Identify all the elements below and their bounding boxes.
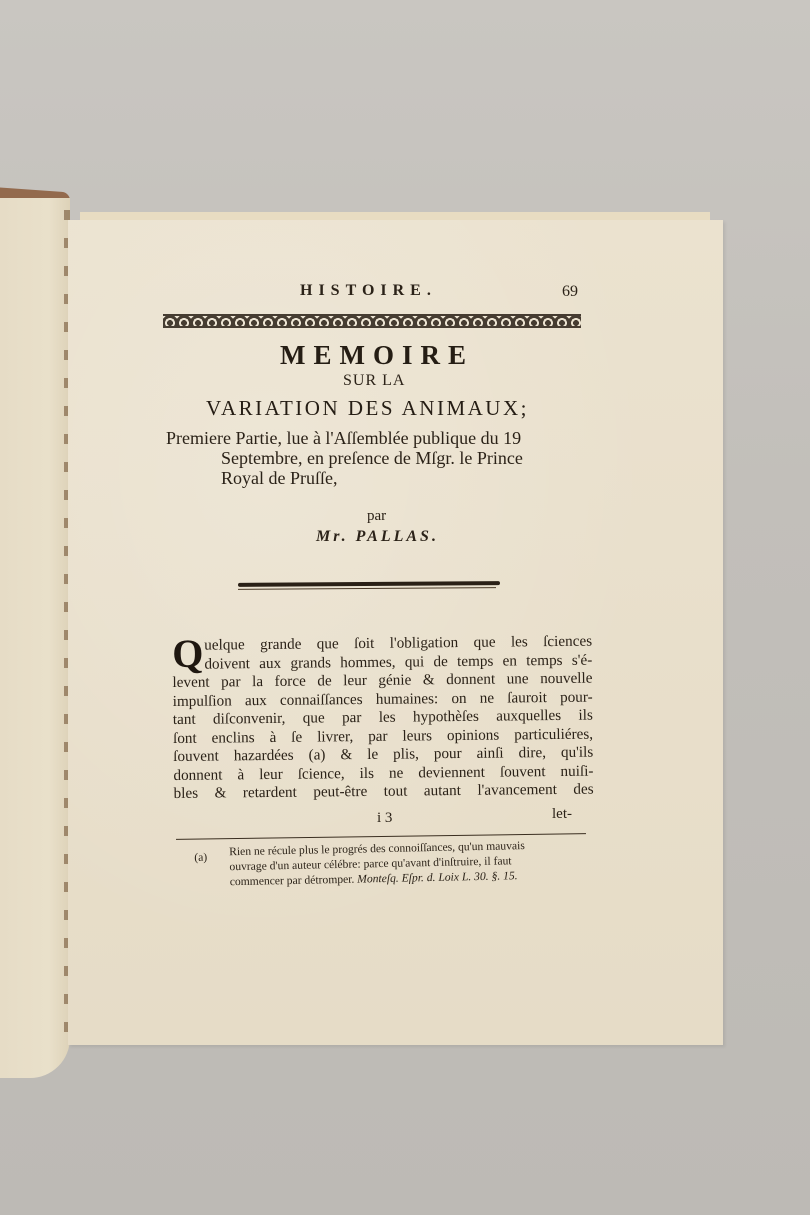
footnote-mark: (a) bbox=[194, 850, 207, 865]
drop-cap: Q bbox=[172, 639, 203, 669]
subtitle-line-2: Septembre, en preſence de Mſgr. le Princ… bbox=[166, 448, 596, 468]
byline-author: Mr. PALLAS. bbox=[316, 528, 439, 546]
running-head: HISTOIRE. bbox=[300, 282, 437, 300]
footnote-body: Rien ne récule plus le progrés des conno… bbox=[194, 837, 590, 890]
signature-mark: i 3 bbox=[377, 810, 392, 827]
left-page bbox=[0, 198, 70, 1078]
title-sur-la: SUR LA bbox=[343, 372, 405, 390]
footnote-line: commencer par détromper. bbox=[230, 873, 355, 889]
subtitle-line-1: Premiere Partie, lue à l'Aſſemblée publi… bbox=[166, 428, 596, 448]
catchword: let- bbox=[552, 806, 572, 823]
title-memoire: MEMOIRE bbox=[280, 340, 474, 371]
page-number: 69 bbox=[562, 283, 578, 301]
footnote: (a) Rien ne récule plus le progrés des c… bbox=[194, 837, 590, 890]
ornament-band-icon bbox=[163, 314, 581, 328]
subtitle-line-3: Royal de Pruſſe, bbox=[166, 468, 596, 488]
body-text: Q uelque grande que ſoit l'obligation qu… bbox=[172, 633, 594, 804]
title-variation: VARIATION DES ANIMAUX; bbox=[206, 396, 529, 421]
footnote-citation: Monteſq. Eſpr. d. Loix L. 30. §. 15. bbox=[357, 869, 518, 885]
subtitle: Premiere Partie, lue à l'Aſſemblée publi… bbox=[166, 428, 596, 488]
byline-par: par bbox=[367, 508, 386, 525]
